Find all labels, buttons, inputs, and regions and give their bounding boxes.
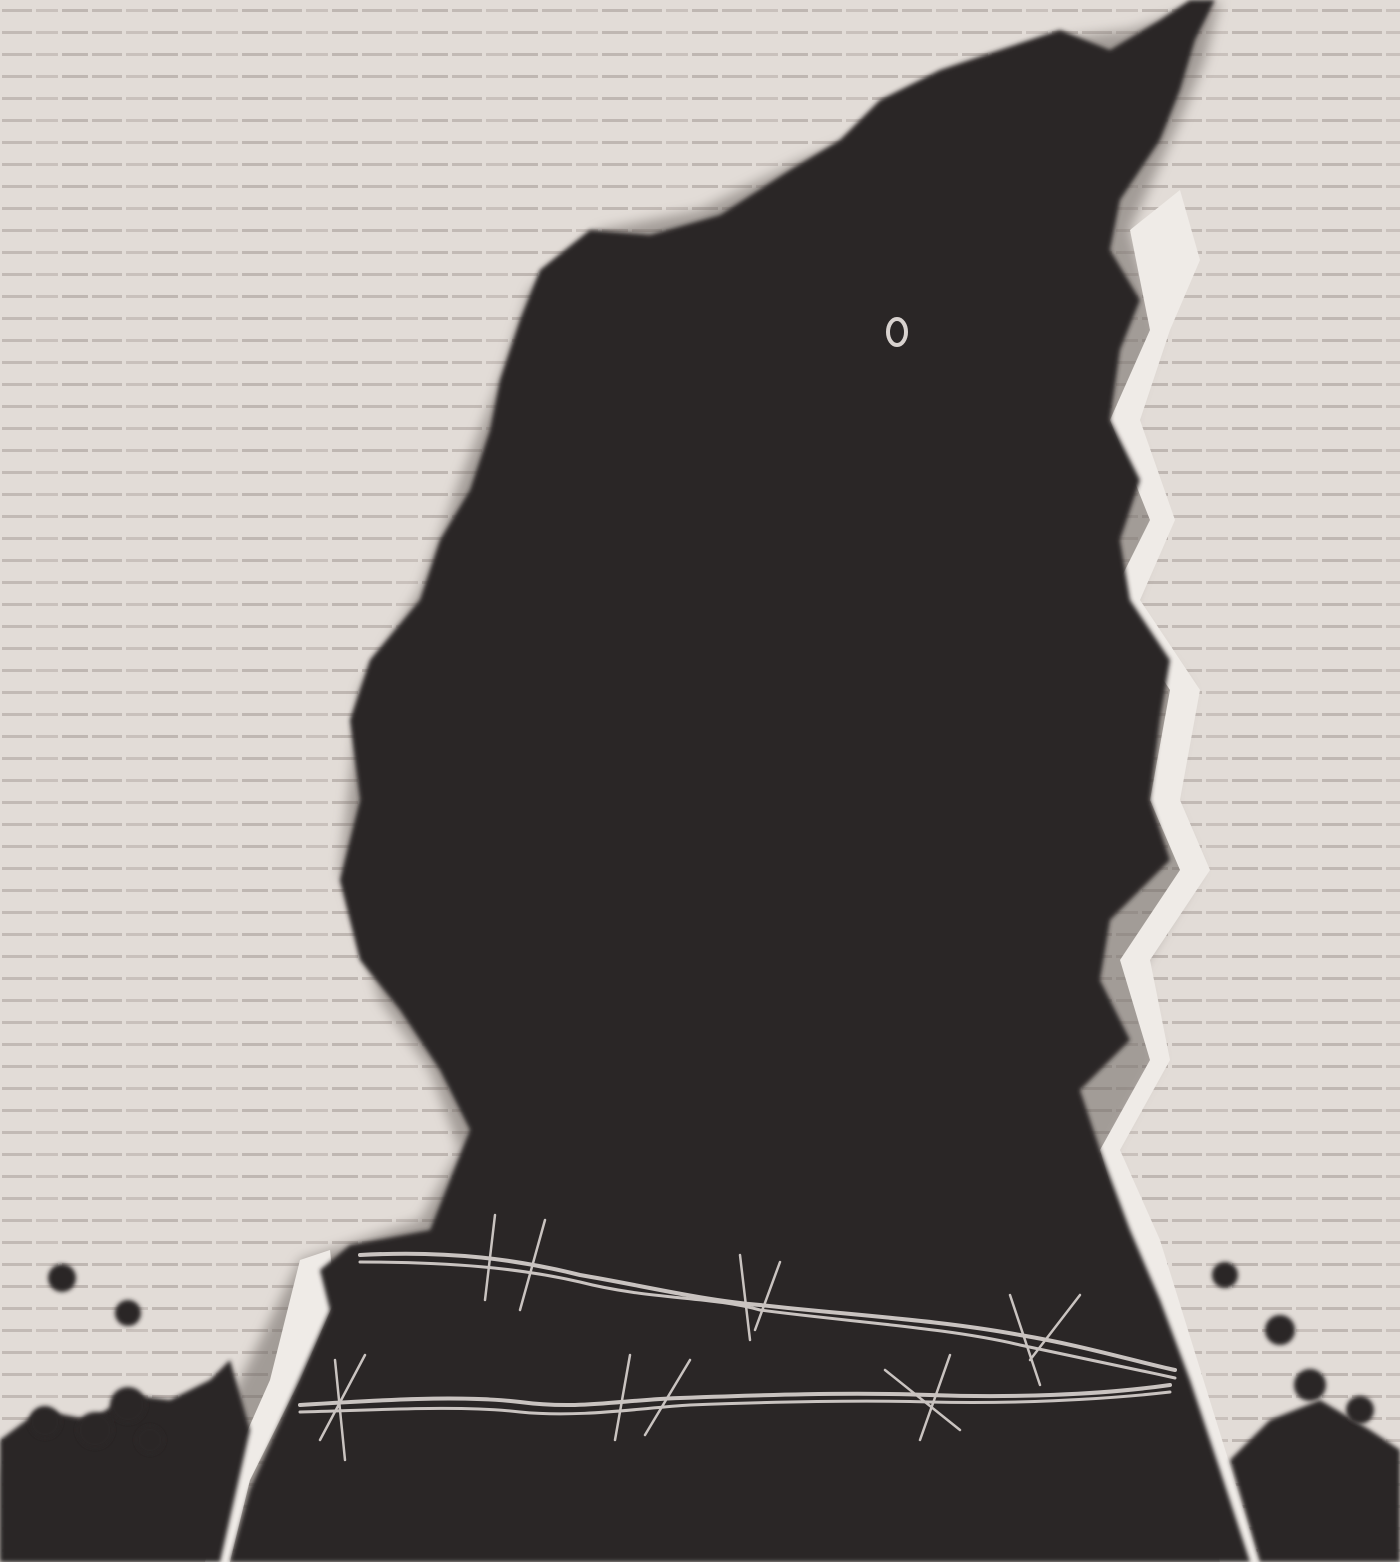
artwork-canvas xyxy=(0,0,1400,1562)
